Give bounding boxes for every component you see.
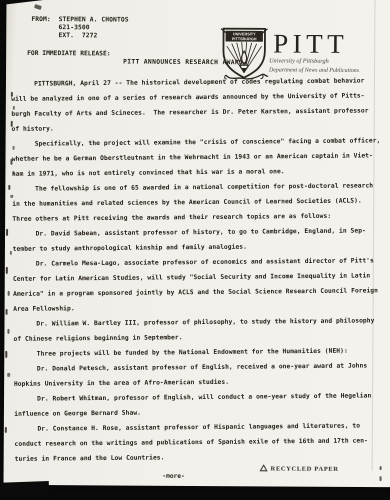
scan-mark xyxy=(10,195,13,198)
more-marker: -more- xyxy=(134,473,214,480)
scan-mark xyxy=(34,4,42,10)
scan-mark xyxy=(7,373,10,377)
recycled-paper-label: RECYCLED PAPER xyxy=(271,465,339,472)
scan-mark xyxy=(380,476,382,481)
pitt-seal-icon: UNIVERSITY PITTSBURGH xyxy=(219,26,269,84)
page-content: FROM: STEPHEN A. CHONTOS 621-3500 EXT. 7… xyxy=(4,0,390,487)
scan-mark xyxy=(6,267,8,274)
svg-text:UNIVERSITY: UNIVERSITY xyxy=(233,32,256,36)
press-release-page: FROM: STEPHEN A. CHONTOS 621-3500 EXT. 7… xyxy=(4,0,390,487)
scan-mark xyxy=(380,466,382,470)
scan-edge-shadow xyxy=(0,481,49,497)
scan-mark xyxy=(10,159,12,165)
scan-mark xyxy=(13,106,15,110)
pitt-wordmark: PITT xyxy=(273,30,348,56)
scan-mark xyxy=(12,171,14,175)
scan-mark xyxy=(6,229,8,236)
scan-mark xyxy=(13,146,15,150)
scan-mark xyxy=(5,351,7,358)
contact-block: FROM: STEPHEN A. CHONTOS 621-3500 EXT. 7… xyxy=(31,16,128,41)
scan-mark xyxy=(5,427,7,433)
scan-mark xyxy=(7,329,9,334)
scanned-press-release: { "colors":{"paper":"#f2f0ea","ink":"#22… xyxy=(0,0,390,500)
scan-mark xyxy=(6,309,8,315)
scan-mark xyxy=(8,185,10,190)
scan-mark xyxy=(10,251,12,255)
scan-mark xyxy=(11,121,13,127)
release-line: FOR IMMEDIATE RELEASE: xyxy=(27,50,110,58)
scan-mark xyxy=(11,92,13,97)
recycle-icon xyxy=(260,464,268,472)
svg-text:PITTSBURGH: PITTSBURGH xyxy=(232,37,257,41)
text-line: EXT. 7272 xyxy=(31,32,128,41)
recycled-paper-note: RECYCLED PAPER xyxy=(260,464,339,472)
body-text: PITTSBURGH, April 27 -- The historical d… xyxy=(11,73,387,467)
scan-mark xyxy=(8,291,10,296)
